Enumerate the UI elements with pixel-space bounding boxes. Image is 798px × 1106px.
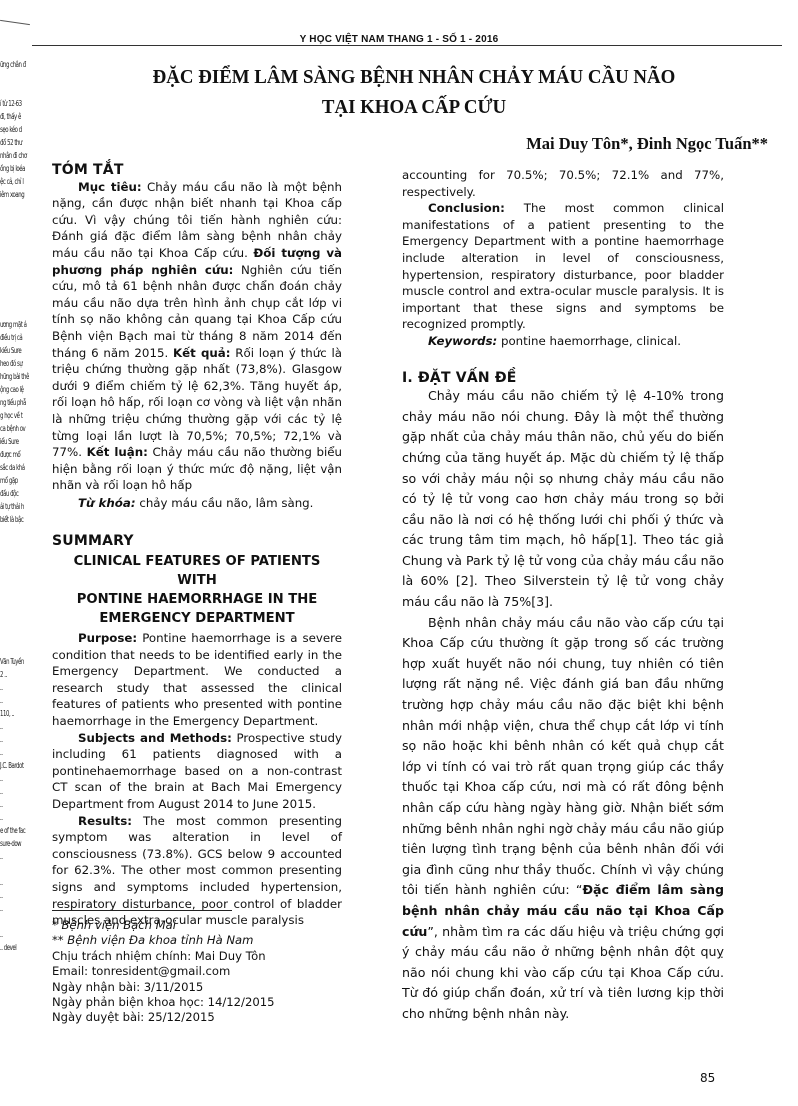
gutter-fragment-top: ững chân đ í từ 12-63đi, thấy êsẹo kéo d… [0, 58, 38, 201]
gutter-line: J.C. Bardot [0, 759, 30, 772]
footnote-rule [52, 910, 232, 911]
gutter-line [0, 84, 30, 97]
gutter-line: đầu độc [0, 487, 30, 500]
gutter-line: điều trị cả [0, 331, 30, 344]
gutter-line: .. [0, 876, 30, 889]
purpose-text: Pontine haemorrhage is a severe conditio… [52, 631, 342, 728]
gutter-line: .. [0, 889, 30, 902]
running-head: Y HỌC VIỆT NAM THANG 1 - SỐ 1 - 2016 [0, 34, 798, 45]
gutter-line: í từ 12-63 [0, 97, 30, 110]
gutter-line: ồng bị loéa [0, 162, 30, 175]
results-label: Kết quả: [173, 346, 230, 360]
affiliation-1: * Bệnh viện Bạch Mai [52, 918, 352, 933]
title-line-1: ĐẶC ĐIỂM LÂM SÀNG BỆNH NHÂN CHẢY MÁU CẦU… [88, 62, 739, 92]
gutter-line: iểu Sure [0, 435, 30, 448]
gutter-line: ải tự thải h [0, 500, 30, 513]
gutter-line: đi, thấy ê [0, 110, 30, 123]
keywords-vi-text: chảy máu cầu não, lâm sàng. [136, 496, 314, 510]
gutter-line [0, 71, 30, 84]
gutter-line: sẹo kéo d [0, 123, 30, 136]
gutter-line: .. [0, 811, 30, 824]
conclusion-label: Kết luận: [87, 445, 148, 459]
objective-label: Mục tiêu: [78, 180, 142, 194]
gutter-line: iêm xoang [0, 188, 30, 201]
gutter-line: .. [0, 694, 30, 707]
english-title: CLINICAL FEATURES OF PATIENTS WITH PONTI… [52, 552, 342, 628]
gutter-line: kiểu Sure [0, 344, 30, 357]
title-line-2: TẠI KHOA CẤP CỨU [88, 92, 739, 122]
gutter-line: heo đó sự [0, 357, 30, 370]
keywords-vi-label: Từ khóa: [78, 496, 136, 510]
abstract-vi-heading: TÓM TẮT [52, 162, 342, 179]
article-title: ĐẶC ĐIỂM LÂM SÀNG BỆNH NHÂN CHẢY MÁU CẦU… [88, 62, 739, 122]
gutter-line: ca bệnh ov [0, 422, 30, 435]
purpose-paragraph: Purpose: Pontine haemorrhage is a severe… [52, 630, 342, 730]
gutter-line: mổ gặp [0, 474, 30, 487]
gutter-line [0, 863, 30, 876]
conclusion-en-label: Conclusion: [428, 201, 505, 215]
left-column: TÓM TẮT Mục tiêu: Chảy máu cầu não là mộ… [52, 162, 342, 929]
gutter-line: .. [0, 850, 30, 863]
gutter-line: ững chân đ [0, 58, 30, 71]
keywords-en-text: pontine haemorrhage, clinical. [497, 334, 681, 348]
date-accepted: Ngày duyệt bài: 25/12/2015 [52, 1010, 352, 1025]
facing-page-gutter: ững chân đ í từ 12-63đi, thấy êsẹo kéo d… [0, 0, 38, 1106]
results-text: Rối loạn ý thức là triệu chứng thường gặ… [52, 346, 342, 460]
conclusion-en-text: The most common clinical manifestations … [402, 201, 724, 331]
gutter-fragment-mid: ương mặt áđiều trị cảkiểu Sureheo đó sựh… [0, 318, 38, 526]
authors: Mai Duy Tôn*, Đinh Ngọc Tuấn** [526, 134, 768, 154]
affiliation-2: ** Bệnh viện Đa khoa tỉnh Hà Nam [52, 933, 352, 948]
gutter-line: nhân đi chơ [0, 149, 30, 162]
gutter-line: sure-dow [0, 837, 30, 850]
gutter-line: ộng cao lệ [0, 383, 30, 396]
gutter-line: g học về t [0, 409, 30, 422]
corresponding-author: Chịu trách nhiệm chính: Mai Duy Tôn [52, 949, 352, 964]
gutter-line: được mổ [0, 448, 30, 461]
gutter-line: biết là bậc [0, 513, 30, 526]
gutter-line: .. [0, 785, 30, 798]
gutter-line: .. [0, 798, 30, 811]
summary-heading: SUMMARY [52, 533, 342, 550]
page-number: 85 [700, 1071, 715, 1085]
keywords-en: Keywords: pontine haemorrhage, clinical. [402, 333, 724, 350]
date-received: Ngày nhận bài: 3/11/2015 [52, 980, 352, 995]
gutter-line: e of the fac [0, 824, 30, 837]
english-title-line-3: EMERGENCY DEPARTMENT [52, 609, 342, 628]
gutter-line: Văn Tuyền [0, 655, 30, 668]
results-en-continued: accounting for 70.5%; 70.5%; 72.1% and 7… [402, 167, 724, 200]
p2-end: ”, nhằm tìm ra các dấu hiệu và triệu chứ… [402, 924, 724, 1021]
gutter-line: .. [0, 681, 30, 694]
section-1-paragraph-1: Chảy máu cầu não chiếm tỷ lệ 4-10% trong… [402, 386, 724, 613]
header-rule [32, 45, 782, 46]
gutter-line: .. [0, 928, 30, 941]
keywords-en-label: Keywords: [428, 334, 497, 348]
gutter-line: ng tiểu phẫ [0, 396, 30, 409]
gutter-line: ệc cả, chỉ l [0, 175, 30, 188]
methods-paragraph: Subjects and Methods: Prospective study … [52, 730, 342, 813]
results-paragraph: Results: The most common presenting symp… [52, 813, 342, 929]
p2-start: Bệnh nhân chảy máu cầu não vào cấp cứu t… [402, 615, 724, 898]
gutter-line: 110, .. [0, 707, 30, 720]
keywords-vi: Từ khóa: chảy máu cầu não, lâm sàng. [52, 495, 342, 512]
gutter-line [0, 915, 30, 928]
date-reviewed: Ngày phản biện khoa học: 14/12/2015 [52, 995, 352, 1010]
gutter-line: 2 .. [0, 668, 30, 681]
results-en-label: Results: [78, 814, 132, 828]
gutter-line: .. [0, 772, 30, 785]
conclusion-paragraph: Conclusion: The most common clinical man… [402, 200, 724, 333]
email: Email: tonresident@gmail.com [52, 964, 352, 979]
english-title-line-1: CLINICAL FEATURES OF PATIENTS WITH [52, 552, 342, 590]
gutter-line: .. [0, 902, 30, 915]
section-1-paragraph-2: Bệnh nhân chảy máu cầu não vào cấp cứu t… [402, 613, 724, 1025]
gutter-line: .. [0, 733, 30, 746]
section-1-heading: I. ĐẶT VẤN ĐỀ [402, 370, 724, 387]
gutter-line: .. [0, 720, 30, 733]
gutter-line: .. devel [0, 941, 30, 954]
footnotes: * Bệnh viện Bạch Mai ** Bệnh viện Đa kho… [52, 918, 352, 1026]
gutter-line: hững bài thê [0, 370, 30, 383]
methods-en-label: Subjects and Methods: [78, 731, 232, 745]
gutter-line: sắc da khá [0, 461, 30, 474]
english-title-line-2: PONTINE HAEMORRHAGE IN THE [52, 590, 342, 609]
right-column: accounting for 70.5%; 70.5%; 72.1% and 7… [402, 167, 724, 1025]
gutter-line: ương mặt á [0, 318, 30, 331]
gutter-fragment-low: Văn Tuyền2 ......110, ........J.C. Bardo… [0, 655, 38, 954]
abstract-vi-body: Mục tiêu: Chảy máu cầu não là một bệnh n… [52, 179, 342, 494]
purpose-label: Purpose: [78, 631, 137, 645]
gutter-line: .. [0, 746, 30, 759]
gutter-line: đồ 52 thư [0, 136, 30, 149]
